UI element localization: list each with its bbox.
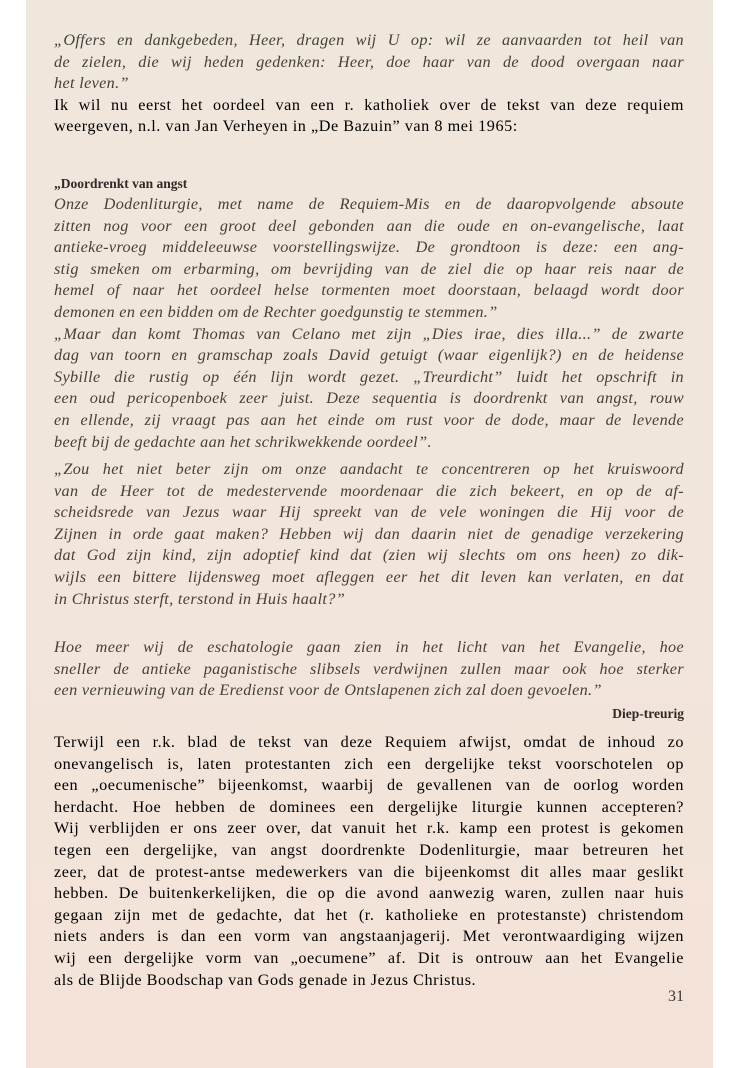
text-line: niets anders is dan een vorm van angstaa… [54, 926, 684, 948]
text-line: als de Blijde Boodschap van Gods genade … [54, 970, 684, 992]
quote-paragraph-1: Onze Dodenliturgie, met name de Requiem-… [54, 194, 684, 324]
text-line: Zijnen in orde gaat maken? Hebben wij da… [54, 524, 684, 546]
section-heading-diep-treurig: Diep-treurig [54, 706, 684, 722]
text-line: wijls een bittere lijdensweg moet aflegg… [54, 567, 684, 589]
text-line: Hoe meer wij de eschatologie gaan zien i… [54, 637, 684, 659]
text-line: Onze Dodenliturgie, met name de Requiem-… [54, 194, 684, 216]
text-line: scheidsrede van Jezus waar Hij spreekt v… [54, 502, 684, 524]
text-line: hebben. De buitenkerkelijken, die op die… [54, 883, 684, 905]
body-paragraph: Terwijl een r.k. blad de tekst van deze … [54, 732, 684, 991]
intro-text: Ik wil nu eerst het oordeel van een r. k… [54, 95, 684, 138]
text-line: sneller de antieke paganistische slibsel… [54, 659, 684, 681]
text-line: Terwijl een r.k. blad de tekst van deze … [54, 732, 684, 754]
quote-paragraph-3: „Zou het niet beter zijn om onze aandach… [54, 459, 684, 610]
text-line: in Christus sterft, terstond in Huis haa… [54, 589, 684, 611]
text-line: van de Heer tot de medestervende moorden… [54, 481, 684, 503]
text-line: zitten nog voor een groot deel gebonden … [54, 216, 684, 238]
text-line: „Zou het niet beter zijn om onze aandach… [54, 459, 684, 481]
text-line: beeft bij de gedachte aan het schrikwekk… [54, 432, 684, 454]
text-line: Sybille die rustig op één lijn wordt gez… [54, 367, 684, 389]
text-line: hemel of naar het oordeel helse tormente… [54, 280, 684, 302]
text-line: een vernieuwing van de Eredienst voor de… [54, 680, 684, 702]
text-line: weergeven, n.l. van Jan Verheyen in „De … [54, 116, 684, 138]
text-line: tegen een dergelijke, van angst doordren… [54, 840, 684, 862]
text-line: dat God zijn kind, zijn adoptief kind da… [54, 545, 684, 567]
text-line: wij een dergelijke vorm van „oecumene” a… [54, 948, 684, 970]
text-line: Ik wil nu eerst het oordeel van een r. k… [54, 95, 684, 117]
text-line: dag van toorn en gramschap zoals David g… [54, 345, 684, 367]
text-line: Wij verblijden er ons zeer over, dat van… [54, 818, 684, 840]
text-line: „Maar dan komt Thomas van Celano met zij… [54, 324, 684, 346]
text-line: stig smeken om erbarming, om bevrijding … [54, 259, 684, 281]
quote-paragraph-4: Hoe meer wij de eschatologie gaan zien i… [54, 637, 684, 702]
intro-quote: „Offers en dankgebeden, Heer, dragen wij… [54, 30, 684, 95]
quote-paragraph-2: „Maar dan komt Thomas van Celano met zij… [54, 324, 684, 454]
text-line: „Offers en dankgebeden, Heer, dragen wij… [54, 30, 684, 52]
text-line: het leven.” [54, 73, 684, 95]
text-line: en ellende, zij vraagt pas aan het einde… [54, 410, 684, 432]
text-line: zeer, dat de protest-antse medewerkers v… [54, 862, 684, 884]
section-heading-doordrenkt: „Doordrenkt van angst [54, 176, 684, 192]
text-line: een „oecumenische” bijeenkomst, waarbij … [54, 775, 684, 797]
text-line: onevangelisch is, laten protestanten zic… [54, 754, 684, 776]
text-line: gegaan zijn met de gedachte, dat het (r.… [54, 905, 684, 927]
text-line: de zielen, die wij heden gedenken: Heer,… [54, 52, 684, 74]
text-line: demonen en een bidden om de Rechter goed… [54, 302, 684, 324]
text-line: antieke-vroeg middeleeuwse voorstellings… [54, 237, 684, 259]
page-number: 31 [618, 988, 684, 1006]
text-line: herdacht. Hoe hebben de dominees een der… [54, 797, 684, 819]
text-line: een oud pericopenboek zeer juist. Deze s… [54, 388, 684, 410]
